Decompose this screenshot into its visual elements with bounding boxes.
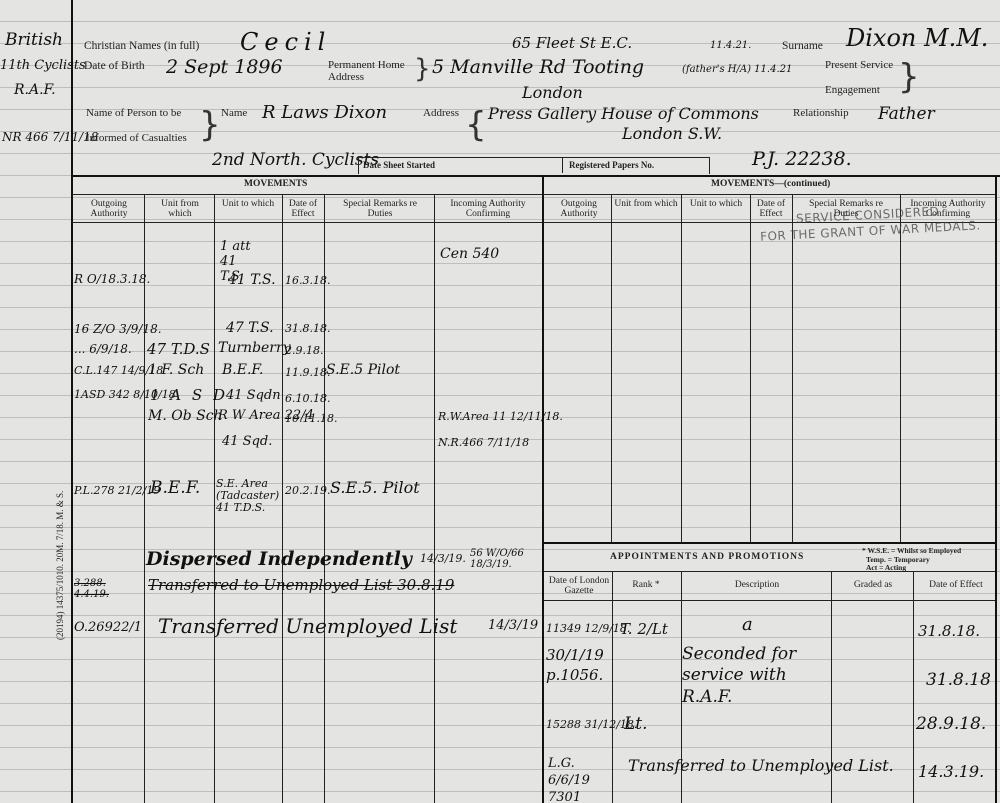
col-outgoing-authority: Outgoing Authority: [548, 199, 610, 220]
appt3-gazette: L.G. 6/6/19 7301: [548, 756, 608, 803]
col-incoming-authority: Incoming Authority Confirming: [438, 199, 538, 220]
col-unit-to: Unit to which: [218, 199, 278, 209]
col-rank: Rank *: [614, 580, 678, 590]
row3-date: 2.9.18.: [285, 344, 323, 357]
struck-note: Transferred to Unemployed List 30.8.19: [148, 576, 454, 594]
col-gazette-date: Date of London Gazette: [548, 576, 610, 597]
appt2-date: 28.9.18.: [916, 714, 986, 734]
home-address-value-2: London: [522, 83, 583, 102]
row1-outgoing: R O/18.3.18.: [74, 272, 150, 286]
col-description: Description: [684, 580, 830, 590]
margin-note-unit: 11th Cyclists: [0, 58, 86, 73]
col-rule: [612, 571, 613, 803]
appt1-date: 31.8.18: [926, 670, 991, 690]
christian-names-label: Christian Names (in full): [84, 40, 199, 52]
christian-names-value: Cecil: [240, 28, 331, 56]
table-top-rule: [72, 175, 1000, 177]
col-rule: [434, 194, 435, 803]
row8-to: S.E. Area (Tadcaster) 41 T.D.S.: [216, 478, 280, 514]
appt1-description: Seconded for service with R.A.F.: [682, 644, 802, 708]
row7-incoming: N.R.466 7/11/18: [438, 436, 529, 449]
row4-from: 1 F. Sch: [148, 362, 204, 378]
address-note: 65 Fleet St E.C.: [512, 34, 632, 52]
col-special-remarks: Special Remarks re Duties: [330, 199, 430, 220]
present-service-label: Present Service: [825, 60, 893, 72]
dispersed-note: Dispersed Independently: [146, 548, 412, 570]
col-outgoing-authority: Outgoing Authority: [78, 199, 140, 220]
surname-label: Surname: [782, 40, 823, 52]
right-border: [995, 177, 997, 803]
nok-address-label: Address: [423, 108, 459, 120]
rule: [72, 194, 542, 195]
nok-name-label: Name: [221, 108, 247, 120]
row5-from: 1 A S D: [150, 386, 228, 404]
dispersed-date: 14/3/19.: [420, 552, 466, 565]
margin-note-service: R.A.F.: [14, 82, 56, 98]
brace-icon: }: [199, 108, 221, 142]
margin-note-ref: NR 466 7/11/18: [2, 130, 98, 144]
dob-label: Date of Birth: [84, 60, 145, 72]
row0-incoming: Cen 540: [440, 246, 499, 262]
home-address-label-1: Permanent Home: [328, 60, 405, 72]
dispersed-ref: 56 W/O/66 18/3/19.: [470, 548, 540, 570]
section-divider: [542, 177, 544, 803]
col-date-of-effect: Date of Effect: [284, 199, 322, 220]
home-address-note: (father's H/A) 11.4.21: [682, 64, 792, 75]
appointments-legend-1: * W.S.E. = Whilst so Employed: [862, 547, 961, 555]
row1-to: 41 T.S.: [228, 272, 276, 288]
col-unit-to: Unit to which: [684, 199, 748, 209]
appointments-top-rule: [544, 542, 995, 544]
relationship-value: Father: [878, 104, 935, 124]
home-address-label-2: Address: [328, 72, 364, 84]
row8-outgoing: P.L.278 21/2/19: [74, 484, 160, 497]
movements-title: MOVEMENTS: [244, 180, 307, 190]
col-rule: [900, 194, 901, 542]
home-address-value-1: 5 Manville Rd Tooting: [432, 56, 644, 78]
final-date: 14/3/19: [488, 618, 538, 633]
col-date-of-effect: Date of Effect: [916, 580, 996, 590]
row3-to: Turnberry: [218, 340, 291, 356]
margin-note-nationality: British: [5, 30, 63, 50]
row6-date: 10.11.18.: [285, 412, 337, 425]
appt2-rank: Lt.: [624, 714, 648, 734]
col-rule: [611, 194, 612, 542]
appointments-title: APPOINTMENTS AND PROMOTIONS: [610, 553, 804, 563]
surname-value: Dixon M.M.: [846, 24, 988, 52]
row3-outgoing: ... 6/9/18.: [74, 342, 132, 356]
engagement-label: Engagement: [825, 85, 880, 97]
brace-icon: }: [414, 56, 431, 82]
row4-remarks: S.E.5 Pilot: [326, 362, 400, 378]
row5-date: 6.10.18.: [285, 392, 330, 405]
appt0-gazette: 11349 12/9/18.: [546, 622, 630, 635]
movements-continued-title: MOVEMENTS—(continued): [711, 180, 830, 190]
row8-date: 20.2.19.: [285, 484, 330, 497]
service-record-sheet: British 11th Cyclists R.A.F. NR 466 7/11…: [0, 0, 1000, 803]
address-note-date: 11.4.21.: [710, 40, 751, 51]
margin-rule: [71, 0, 73, 803]
row2-date: 31.8.18.: [285, 322, 330, 335]
row6-from: M. Ob Sch: [148, 408, 223, 424]
brace-icon: {: [465, 108, 487, 142]
row2-outgoing: 16 Z/O 3/9/18.: [74, 322, 162, 336]
col-rule: [282, 194, 283, 803]
row3-from: 47 T.D.S: [147, 340, 210, 358]
final-note: Transferred Unemployed List: [158, 614, 457, 638]
col-unit-from: Unit from which: [614, 199, 678, 209]
box-divider: [562, 157, 563, 173]
nok-address-value-2: London S.W.: [622, 124, 722, 143]
row7-to: 41 Sqd.: [222, 434, 272, 449]
date-sheet-started-label: Date Sheet Started: [363, 161, 435, 170]
appt1-gazette: 30/1/19 p.1056.: [546, 646, 610, 685]
side-print-code: (20194) 14375/1010. 20M. 7/18. M. & S.: [56, 491, 65, 640]
row4-date: 11.9.18.: [285, 366, 330, 379]
next-of-kin-label-2: Informed of Casualties: [86, 133, 187, 145]
rule: [72, 222, 542, 223]
relationship-label: Relationship: [793, 108, 849, 120]
col-date-of-effect: Date of Effect: [752, 199, 790, 220]
brace-icon: }: [898, 60, 920, 94]
registered-papers-value: P.J. 22238.: [752, 148, 852, 170]
row2-to: 47 T.S.: [226, 320, 274, 336]
row8-from: B.E.F.: [150, 478, 200, 498]
final-ref: O.26922/1: [74, 620, 142, 635]
struck-ref: 3.288. 4.4.19.: [74, 578, 134, 600]
col-graded-as: Graded as: [832, 580, 914, 590]
registered-papers-label: Registered Papers No.: [569, 161, 654, 170]
row4-to: B.E.F.: [222, 362, 263, 378]
nok-name-value: R Laws Dixon: [262, 102, 387, 123]
dob-value: 2 Sept 1896: [166, 56, 283, 78]
row1-date: 16.3.18.: [285, 274, 330, 287]
col-rule: [214, 194, 215, 803]
row8-remarks: S.E.5. Pilot: [330, 478, 420, 497]
appt0-rank: T. 2/Lt: [620, 620, 668, 638]
appt3-description: Transferred to Unemployed List.: [628, 756, 894, 775]
col-rule: [681, 194, 682, 542]
col-rule: [792, 194, 793, 542]
row6-incoming: R.W.Area 11 12/11/18.: [438, 410, 563, 423]
col-rule: [750, 194, 751, 542]
appt0-date: 31.8.18.: [918, 622, 980, 640]
appt3-date: 14.3.19.: [918, 762, 984, 781]
col-rule: [913, 571, 914, 803]
appt0-description: a: [742, 614, 753, 635]
unit-note: 2nd North. Cyclists: [212, 150, 379, 170]
nok-address-value-1: Press Gallery House of Commons: [488, 104, 759, 123]
next-of-kin-label-1: Name of Person to be: [86, 108, 181, 120]
col-unit-from: Unit from which: [150, 199, 210, 220]
row5-to: 41 Sqdn: [226, 388, 281, 403]
